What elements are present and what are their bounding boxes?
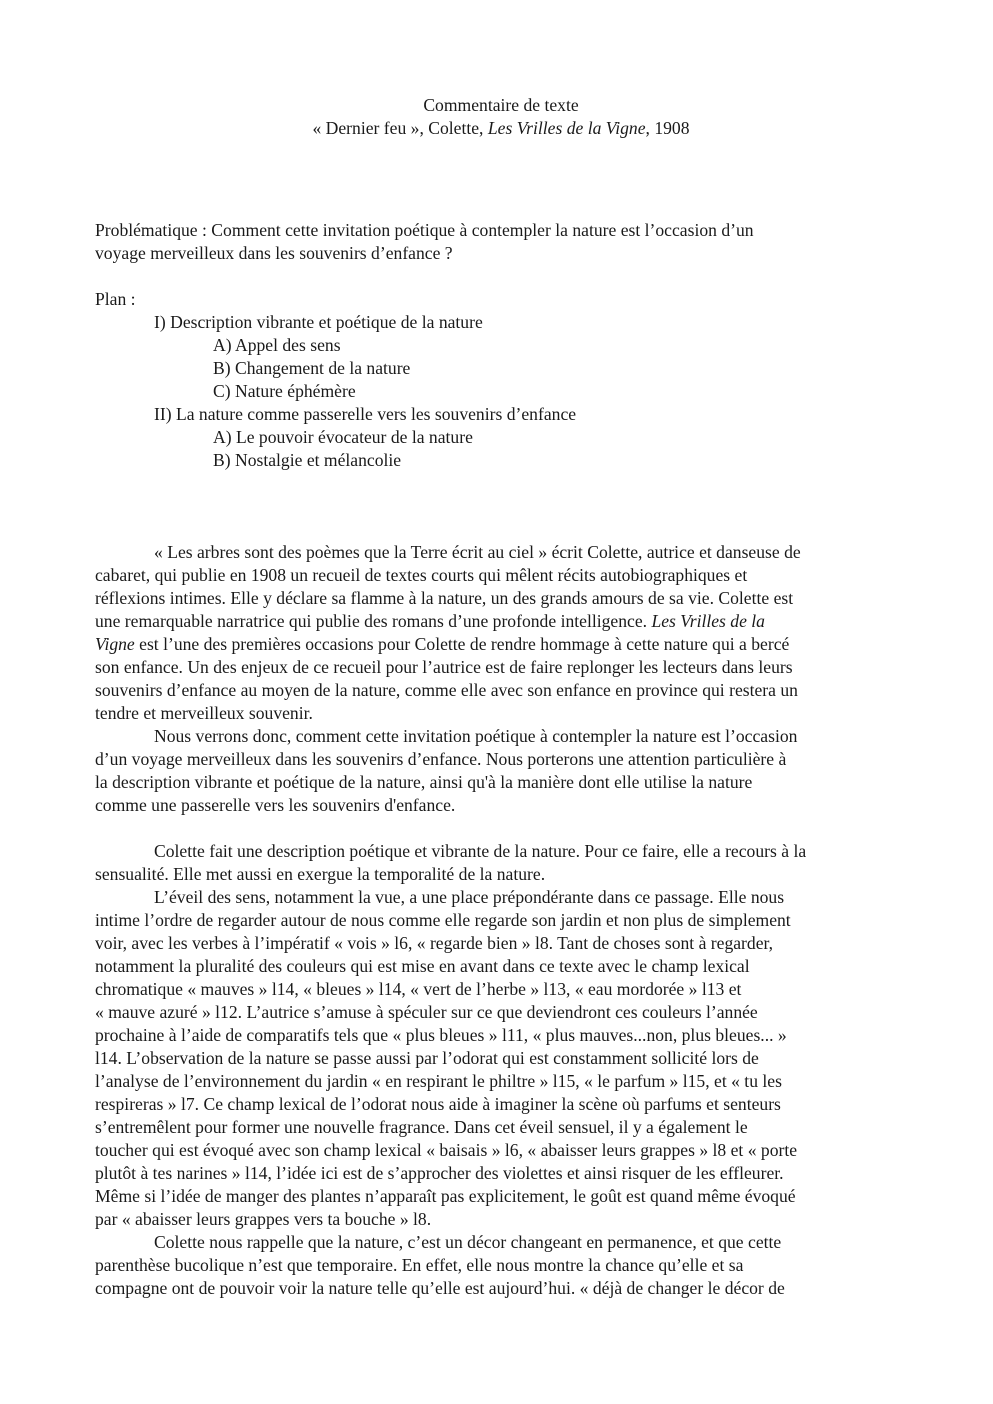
plan-part-1: I) Description vibrante et poétique de l… <box>95 311 905 334</box>
plan-item: A) Le pouvoir évocateur de la nature <box>95 426 905 449</box>
intro-paragraph-2: Nous verrons donc, comment cette invitat… <box>95 725 905 817</box>
plan-label: Plan : <box>95 288 905 311</box>
intro-paragraph-1: « Les arbres sont des poèmes que la Terr… <box>95 541 905 725</box>
plan-item: B) Nostalgie et mélancolie <box>95 449 905 472</box>
introduction: « Les arbres sont des poèmes que la Terr… <box>95 541 905 817</box>
plan-part-2: II) La nature comme passerelle vers les … <box>95 403 905 426</box>
paragraph-gap <box>95 817 905 840</box>
document-subtitle: « Dernier feu », Colette, Les Vrilles de… <box>96 117 906 140</box>
plan-outline: Plan : I) Description vibrante et poétiq… <box>95 288 905 472</box>
book-title: Les Vrilles de la <box>651 611 765 631</box>
senses-paragraph: L’éveil des sens, notamment la vue, a un… <box>95 886 905 1231</box>
problematique: Problématique : Comment cette invitation… <box>95 219 905 265</box>
document-title: Commentaire de texte <box>96 94 906 117</box>
document-page: Commentaire de texte « Dernier feu », Co… <box>95 94 905 1300</box>
book-title: Vigne <box>95 634 135 654</box>
plan-item: A) Appel des sens <box>95 334 905 357</box>
document-header: Commentaire de texte « Dernier feu », Co… <box>96 94 906 140</box>
part-1-intro: Colette fait une description poétique et… <box>95 840 905 886</box>
plan-item: C) Nature éphémère <box>95 380 905 403</box>
part-1-body: Colette fait une description poétique et… <box>95 840 905 1300</box>
book-title: Les Vrilles de la Vigne <box>488 118 646 138</box>
change-paragraph: Colette nous rappelle que la nature, c’e… <box>95 1231 905 1300</box>
plan-item: B) Changement de la nature <box>95 357 905 380</box>
